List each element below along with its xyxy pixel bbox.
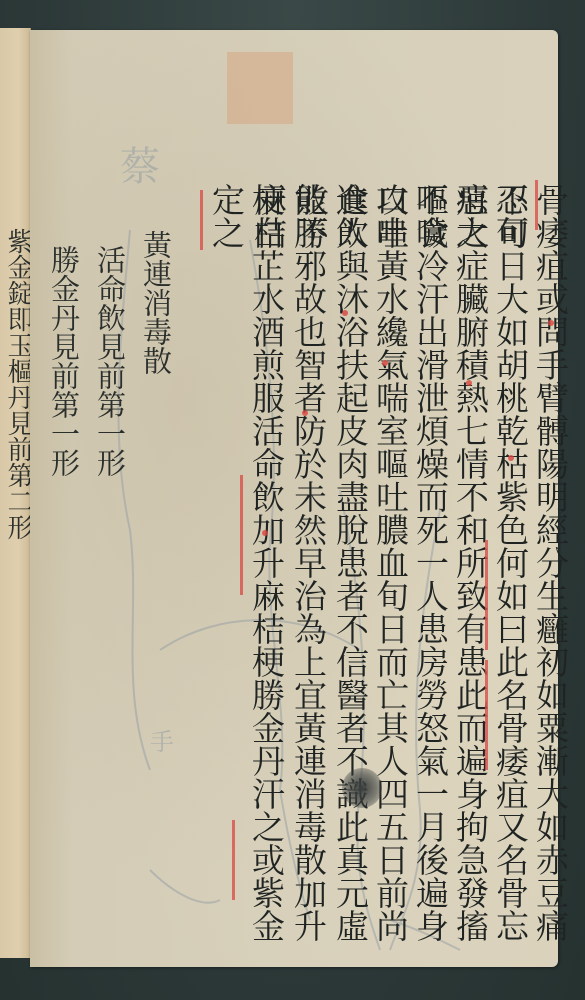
red-annotation-mark: [485, 540, 488, 650]
red-annotation-mark: [485, 660, 488, 770]
red-annotation-mark: [200, 190, 203, 250]
text-column-8: 梗白芷水酒煎服活命飲加升麻桔梗勝金丹汗之或紫金定之: [206, 183, 286, 967]
svg-text:蔡: 蔡: [120, 144, 160, 190]
red-dot-mark: [382, 360, 388, 366]
seal-stamp: [227, 52, 293, 124]
prescription-note-2: 勝金丹見前第一形: [44, 245, 85, 477]
red-dot-mark: [466, 380, 472, 386]
red-dot-mark: [302, 410, 308, 416]
document-page: 蔡 手 骨痿疽或問手臂髆陽明經分生癰初如粟漸大如赤豆痛不可 忍旬日大如胡桃乾枯紫…: [30, 30, 558, 967]
red-annotation-mark: [232, 820, 235, 900]
red-dot-mark: [262, 530, 268, 536]
prescription-note-1: 活命飲見前第一形: [90, 245, 131, 477]
ink-stain: [342, 768, 382, 808]
red-dot-mark: [508, 455, 514, 461]
prescription-heading: 黃連消毒散: [136, 230, 177, 375]
red-annotation-mark: [240, 475, 243, 595]
svg-text:手: 手: [150, 728, 174, 756]
left-page-edge: 紫金錠即玉樞丹見前第二形: [0, 28, 31, 958]
red-dot-mark: [548, 320, 554, 326]
red-annotation-mark: [535, 180, 538, 230]
red-dot-mark: [342, 310, 348, 316]
